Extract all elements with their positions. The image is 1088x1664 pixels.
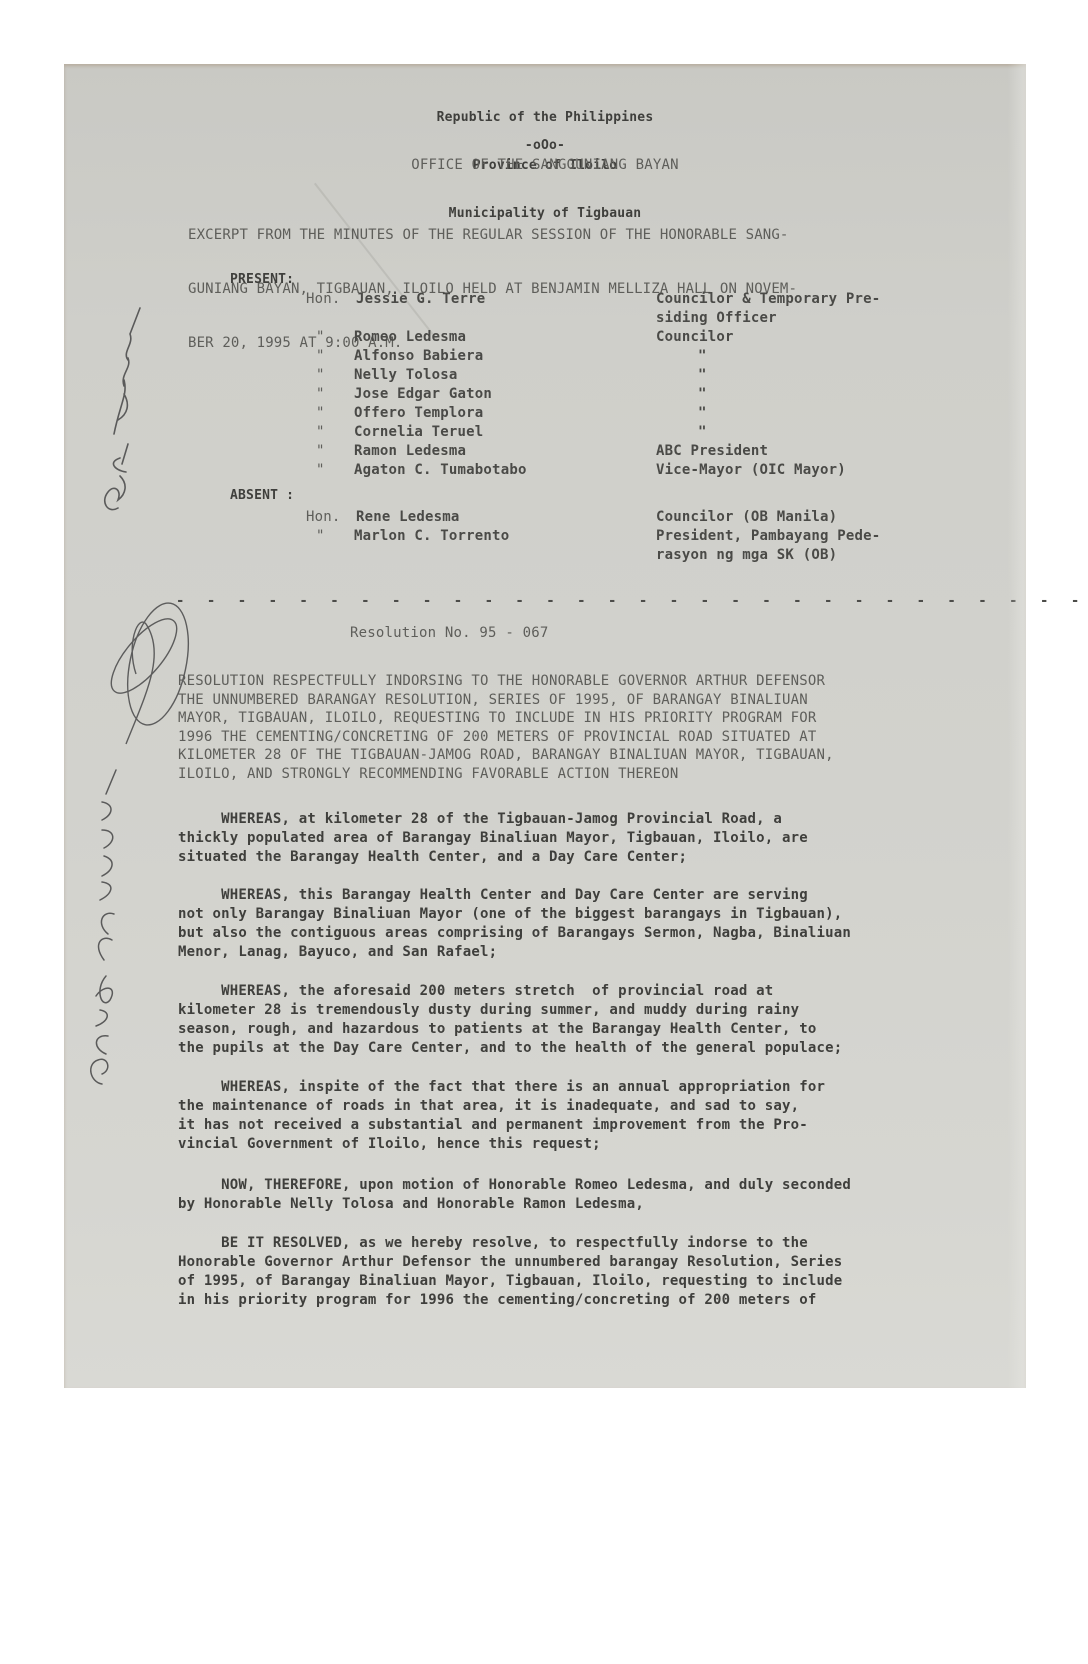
attendee-position: Vice-Mayor (OIC Mayor) bbox=[656, 461, 846, 480]
attendee-name: Alfonso Babiera bbox=[354, 347, 483, 366]
attendee-position: Councilor & Temporary Pre- bbox=[656, 290, 880, 309]
paragraph-line: the pupils at the Day Care Center, and t… bbox=[178, 1039, 842, 1058]
paragraph-line: BE IT RESOLVED, as we hereby resolve, to… bbox=[178, 1234, 842, 1253]
title-line: THE UNNUMBERED BARANGAY RESOLUTION, SERI… bbox=[178, 691, 834, 710]
title-line: MAYOR, TIGBAUAN, ILOILO, REQUESTING TO I… bbox=[178, 709, 834, 728]
paragraph-line: WHEREAS, this Barangay Health Center and… bbox=[178, 886, 851, 905]
attendee-name: Jose Edgar Gaton bbox=[354, 385, 492, 404]
attendee-prefix: " bbox=[316, 442, 325, 461]
paragraph-line: WHEREAS, at kilometer 28 of the Tigbauan… bbox=[178, 810, 808, 829]
attendee-prefix: " bbox=[316, 527, 325, 546]
attendee-position: " bbox=[698, 385, 707, 404]
paragraph-line: thickly populated area of Barangay Binal… bbox=[178, 829, 808, 848]
present-label: PRESENT: bbox=[230, 270, 294, 289]
title-line: ILOILO, AND STRONGLY RECOMMENDING FAVORA… bbox=[178, 765, 834, 784]
resolution-paragraph: WHEREAS, at kilometer 28 of the Tigbauan… bbox=[178, 810, 808, 867]
attendee-position-cont: siding Officer bbox=[656, 309, 777, 328]
office-title: OFFICE OF THE SANGGUNIANG BAYAN bbox=[64, 156, 1026, 175]
attendee-name: Jessie G. Terre bbox=[356, 290, 485, 309]
paragraph-line: the maintenance of roads in that area, i… bbox=[178, 1097, 825, 1116]
attendee-prefix: Hon. bbox=[306, 508, 341, 527]
attendee-prefix: " bbox=[316, 385, 325, 404]
attendee-prefix: " bbox=[316, 461, 325, 480]
attendee-position: ABC President bbox=[656, 442, 768, 461]
attendee-position: " bbox=[698, 347, 707, 366]
attendee-prefix: " bbox=[316, 328, 325, 347]
paragraph-line: not only Barangay Binaliuan Mayor (one o… bbox=[178, 905, 851, 924]
paragraph-line: but also the contiguous areas comprising… bbox=[178, 924, 851, 943]
title-line: 1996 THE CEMENTING/CONCRETING OF 200 MET… bbox=[178, 728, 834, 747]
attendee-prefix: " bbox=[316, 366, 325, 385]
attendee-name: Agaton C. Tumabotabo bbox=[354, 461, 527, 480]
margin-signature-top-icon bbox=[78, 294, 148, 534]
attendee-prefix: " bbox=[316, 423, 325, 442]
attendee-position: " bbox=[698, 366, 707, 385]
attendee-prefix: Hon. bbox=[306, 290, 341, 309]
attendee-position: Councilor bbox=[656, 328, 734, 347]
paragraph-line: season, rough, and hazardous to patients… bbox=[178, 1020, 842, 1039]
paragraph-line: Honorable Governor Arthur Defensor the u… bbox=[178, 1253, 842, 1272]
paragraph-line: in his priority program for 1996 the cem… bbox=[178, 1291, 842, 1310]
paragraph-line: vincial Government of Iloilo, hence this… bbox=[178, 1135, 825, 1154]
letterhead-country: Republic of the Philippines bbox=[64, 110, 1026, 126]
document-page: Republic of the Philippines Province of … bbox=[64, 64, 1026, 1388]
attendee-position-cont: rasyon ng mga SK (OB) bbox=[656, 546, 837, 565]
attendee-name: Ramon Ledesma bbox=[354, 442, 466, 461]
ornament: -oOo- bbox=[64, 136, 1026, 155]
attendee-position: Councilor (OB Manila) bbox=[656, 508, 837, 527]
resolution-paragraph: WHEREAS, this Barangay Health Center and… bbox=[178, 886, 851, 962]
separator-line: - - - - - - - - - - - - - - - - - - - - … bbox=[176, 592, 1088, 611]
resolution-paragraph: NOW, THEREFORE, upon motion of Honorable… bbox=[178, 1176, 851, 1214]
attendee-name: Nelly Tolosa bbox=[354, 366, 458, 385]
resolution-paragraph: WHEREAS, inspite of the fact that there … bbox=[178, 1078, 825, 1154]
resolution-number: Resolution No. 95 - 067 bbox=[350, 624, 548, 643]
paragraph-line: by Honorable Nelly Tolosa and Honorable … bbox=[178, 1195, 851, 1214]
attendee-name: Offero Templora bbox=[354, 404, 483, 423]
paragraph-line: of 1995, of Barangay Binaliuan Mayor, Ti… bbox=[178, 1272, 842, 1291]
paragraph-line: it has not received a substantial and pe… bbox=[178, 1116, 825, 1135]
attendee-name: Rene Ledesma bbox=[356, 508, 460, 527]
paragraph-line: kilometer 28 is tremendously dusty durin… bbox=[178, 1001, 842, 1020]
attendee-prefix: " bbox=[316, 404, 325, 423]
title-line: KILOMETER 28 OF THE TIGBAUAN-JAMOG ROAD,… bbox=[178, 746, 834, 765]
paragraph-line: WHEREAS, the aforesaid 200 meters stretc… bbox=[178, 982, 842, 1001]
margin-signature-bottom-icon bbox=[72, 764, 132, 1094]
attendee-position: " bbox=[698, 423, 707, 442]
excerpt-line: EXCERPT FROM THE MINUTES OF THE REGULAR … bbox=[188, 226, 797, 244]
resolution-paragraph: WHEREAS, the aforesaid 200 meters stretc… bbox=[178, 982, 842, 1058]
resolution-title: RESOLUTION RESPECTFULLY INDORSING TO THE… bbox=[178, 672, 834, 783]
paragraph-line: Menor, Lanag, Bayuco, and San Rafael; bbox=[178, 943, 851, 962]
absent-label: ABSENT : bbox=[230, 486, 294, 505]
title-line: RESOLUTION RESPECTFULLY INDORSING TO THE… bbox=[178, 672, 834, 691]
attendee-prefix: " bbox=[316, 347, 325, 366]
paragraph-line: NOW, THEREFORE, upon motion of Honorable… bbox=[178, 1176, 851, 1195]
attendee-name: Cornelia Teruel bbox=[354, 423, 483, 442]
paragraph-line: WHEREAS, inspite of the fact that there … bbox=[178, 1078, 825, 1097]
paragraph-line: situated the Barangay Health Center, and… bbox=[178, 848, 808, 867]
resolution-paragraph: BE IT RESOLVED, as we hereby resolve, to… bbox=[178, 1234, 842, 1310]
attendee-position: President, Pambayang Pede- bbox=[656, 527, 880, 546]
attendee-name: Romeo Ledesma bbox=[354, 328, 466, 347]
attendee-name: Marlon C. Torrento bbox=[354, 527, 509, 546]
attendee-position: " bbox=[698, 404, 707, 423]
